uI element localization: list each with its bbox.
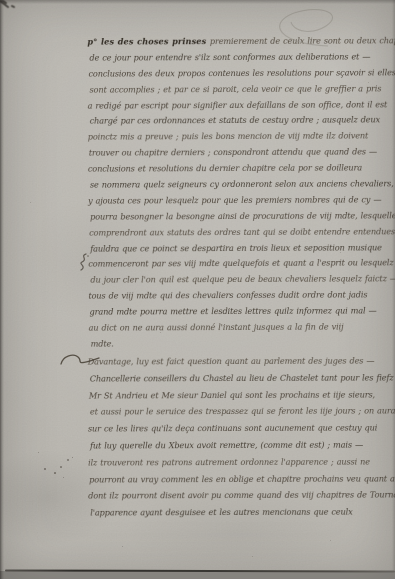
- manuscript-catchword-line: mdte.: [89, 335, 375, 352]
- ink-speck-icon: [38, 452, 39, 453]
- ink-speck-icon: [67, 459, 69, 461]
- ink-speck-icon: [30, 202, 31, 203]
- manuscript-line: dont ilz pourront disent avoir pu comme …: [88, 487, 374, 505]
- manuscript-paragraph-2: Davantage, luy est faict question quant …: [88, 353, 375, 522]
- manuscript-line: commenceront par ses viij mdte quelquefo…: [88, 256, 374, 273]
- manuscript-line: l'apparence ayant desguisee et les autre…: [88, 504, 374, 522]
- manuscript-line: poinctz mis a preuve ; puis les bons men…: [88, 129, 374, 146]
- manuscript-line: fauldra que ce poinct se despartira en t…: [88, 240, 374, 257]
- manuscript-line: Davantage, luy est faict question quant …: [88, 353, 374, 371]
- manuscript-line: sur ce les lires qu'ilz deça continuans …: [88, 420, 374, 438]
- manuscript-line: Chancellerie conseillers du Chastel au l…: [88, 369, 374, 387]
- ink-speck-icon: [44, 468, 46, 470]
- manuscript-line: tous de viij mdte qui des chevaliers con…: [88, 288, 374, 305]
- manuscript-line: du jour cler l'on quil est quelque peu d…: [88, 272, 374, 289]
- scan-top-edge: [0, 0, 395, 4]
- ink-speck-icon: [340, 252, 341, 253]
- manuscript-line: sont accomplies ; et par ce si paroit, c…: [88, 81, 374, 98]
- manuscript-line: y ajousta ces pour lesquelz pour que les…: [88, 192, 374, 209]
- ink-speck-icon: [60, 466, 62, 468]
- manuscript-line: fut luy querelle du Xbeux avoit remettre…: [88, 436, 374, 454]
- manuscript-page: p° les des choses prinses premierement d…: [0, 0, 395, 579]
- manuscript-text-block: p° les des choses prinses premierement d…: [87, 33, 374, 352]
- manuscript-line: conclusions et resolutions du dernier ch…: [88, 161, 374, 178]
- manuscript-line: p° les des choses prinses premierement d…: [87, 33, 373, 50]
- ink-speck-icon: [330, 540, 331, 541]
- ink-speck-icon: [63, 477, 64, 478]
- manuscript-line: de ce jour pour entendre s'ilz sont conf…: [87, 49, 373, 66]
- manuscript-line: conclusions des deux propos contenues le…: [87, 65, 373, 82]
- manuscript-line: se nommera quelz seigneurs cy ordonneron…: [88, 176, 374, 193]
- manuscript-line: a redigé par escript pour signifier aux …: [88, 97, 374, 114]
- ink-speck-icon: [72, 457, 73, 458]
- manuscript-line: pourront au vray comment les en oblige e…: [88, 470, 374, 488]
- scan-left-edge: [0, 0, 4, 579]
- manuscript-line: chargé par ces ordonnances et statuts de…: [88, 113, 374, 130]
- ink-speck-icon: [122, 546, 123, 547]
- manuscript-line: grand mdte pourra mettre et lesdites let…: [88, 304, 374, 321]
- heavy-ink-lead: p° les des choses prinses: [87, 36, 210, 47]
- manuscript-line: comprendront aux statuts des ordres tant…: [88, 224, 374, 241]
- manuscript-line: ilz trouveront res patrons autrement ord…: [88, 453, 374, 471]
- manuscript-line: Mr St Andrieu et Me sieur Daniel qui son…: [88, 386, 374, 404]
- ink-speck-icon: [368, 82, 369, 83]
- ink-speck-icon: [252, 556, 253, 557]
- manuscript-line: et aussi pour le seruice des trespassez …: [88, 403, 374, 421]
- manuscript-line: trouver ou chapitre derniers ; conspondr…: [88, 145, 374, 162]
- manuscript-line: au dict on ne aura aussi donné l'instant…: [89, 319, 375, 336]
- ink-speck-icon: [54, 472, 56, 474]
- manuscript-line: pourra besongner la besongne ainsi de pr…: [88, 208, 374, 225]
